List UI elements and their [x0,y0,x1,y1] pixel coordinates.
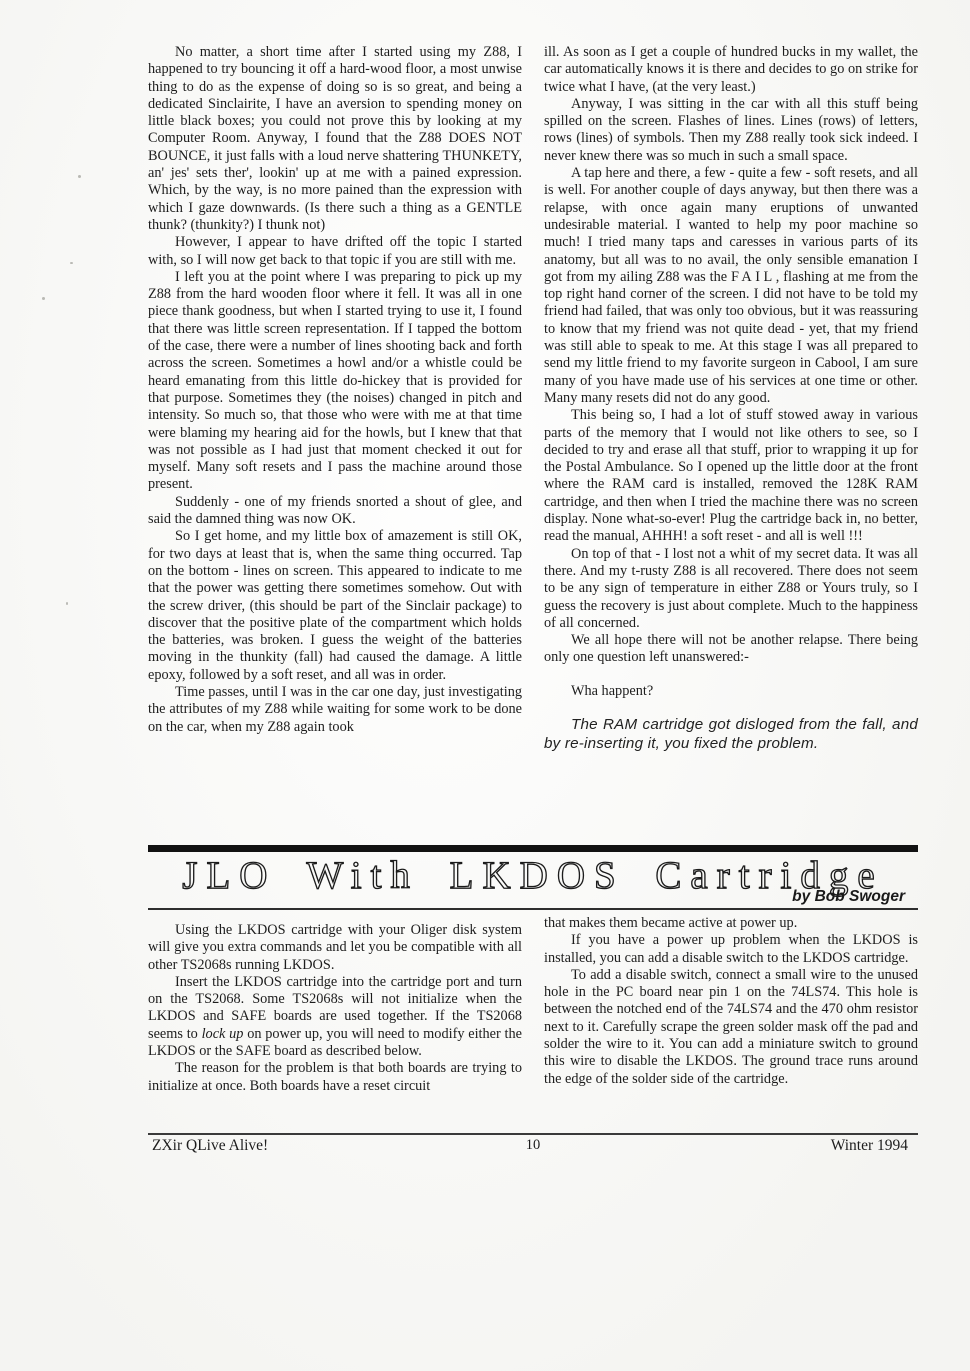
paragraph-text: A tap here and there, a few - quite a fe… [544,165,918,285]
scan-speck [42,297,45,300]
paragraph: This being so, I had a lot of stuff stow… [544,407,918,545]
paragraph: No matter, a short time after I started … [148,44,522,234]
scan-speck [66,602,68,605]
byline-rule [148,908,918,910]
lock-up-emphasis: lock up [202,1026,244,1042]
paragraph: A tap here and there, a few - quite a fe… [544,165,918,407]
paragraph-continuation: that makes them became active at power u… [544,915,918,932]
lkdos-article-columns: Using the LKDOS cartridge with your Olig… [148,915,918,1095]
z88-article-columns: No matter, a short time after I started … [148,44,918,754]
question-line: Wha happent? [544,683,918,700]
paragraph: On top of that - I lost not a whit of my… [544,546,918,632]
footer-rule [148,1133,918,1135]
scan-speck [78,175,81,178]
issue-date: Winter 1994 [831,1137,908,1155]
z88-right-column: ill. As soon as I get a couple of hundre… [544,44,918,754]
paragraph: If you have a power up problem when the … [544,932,918,967]
answer-line: The RAM cartridge got disloged from the … [544,715,918,754]
paragraph: To add a disable switch, connect a small… [544,967,918,1088]
article-byline: by Bob Swoger [148,888,905,906]
lkdos-article-section: Using the LKDOS cartridge with your Olig… [148,915,918,1095]
paragraph: We all hope there will not be another re… [544,632,918,667]
paragraph-text: , flashing at me from the top right hand… [544,269,918,406]
z88-left-column: No matter, a short time after I started … [148,44,522,754]
scanned-newsletter-page: No matter, a short time after I started … [0,0,970,1371]
lkdos-right-column: that makes them became active at power u… [544,915,918,1095]
lkdos-left-column: Using the LKDOS cartridge with your Olig… [148,915,522,1095]
scan-speck [70,262,73,264]
z88-article-section: No matter, a short time after I started … [148,44,918,754]
paragraph-continuation: ill. As soon as I get a couple of hundre… [544,44,918,96]
paragraph: Time passes, until I was in the car one … [148,684,522,736]
paragraph: I left you at the point where I was prep… [148,269,522,494]
paragraph: Anyway, I was sitting in the car with al… [544,96,918,165]
paragraph: Using the LKDOS cartridge with your Olig… [148,922,522,974]
paragraph: Insert the LKDOS cartridge into the cart… [148,974,522,1060]
paragraph: Suddenly - one of my friends snorted a s… [148,494,522,529]
paragraph: So I get home, and my little box of amaz… [148,528,522,684]
page-number: 10 [148,1137,918,1154]
paragraph: The reason for the problem is that both … [148,1060,522,1095]
fail-indicator-text: FAIL [731,269,776,285]
paragraph: However, I appear to have drifted off th… [148,234,522,269]
